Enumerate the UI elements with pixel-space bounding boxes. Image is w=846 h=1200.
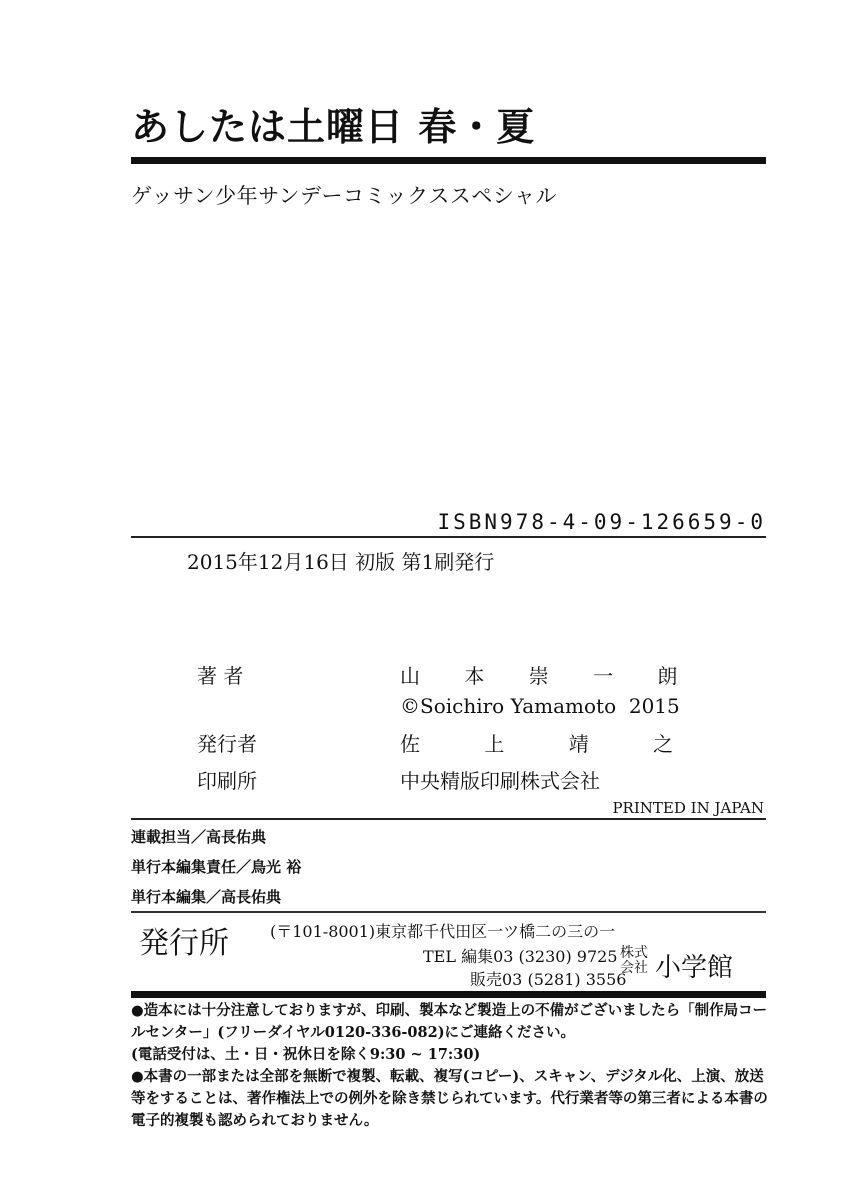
notice-phone-hours: (電話受付は、土・日・祝休日を除く9:30 ~ 17:30) xyxy=(131,1044,771,1066)
credit-value-publisher: 佐 上 靖 之 xyxy=(400,728,702,757)
publisher-name: 小学館 xyxy=(655,947,733,984)
title-divider xyxy=(131,157,766,164)
copyright-notice: ©Soichiro Yamamoto 2015 xyxy=(400,694,680,718)
notice-copyright: ●本書の一部または全部を無断で複製、転載、複写(コピー)、スキャン、デジタル化、… xyxy=(131,1066,771,1132)
publisher-tel-sales: 販売03 (5281) 3556 xyxy=(470,967,626,990)
publisher-tel-editorial: TEL 編集03 (3230) 9725 xyxy=(423,944,618,967)
credit-label-author: 著 者 xyxy=(197,660,243,689)
publication-date: 2015年12月16日 初版 第1刷発行 xyxy=(187,546,494,575)
credits-divider xyxy=(131,818,766,820)
printed-in-japan: PRINTED IN JAPAN xyxy=(612,799,764,817)
company-type: 株式会社 xyxy=(620,946,650,976)
staff-line: 連載担当／高長佑典 xyxy=(131,826,266,847)
publisher-label: 発行所 xyxy=(139,918,229,962)
credit-label-printer: 印刷所 xyxy=(197,765,257,794)
isbn-divider xyxy=(131,536,766,538)
notice-divider xyxy=(131,991,766,998)
series-name: ゲッサン少年サンデーコミックススペシャル xyxy=(131,180,557,210)
credit-label-publisher: 発行者 xyxy=(197,728,257,757)
isbn: ISBN978-4-09-126659-0 xyxy=(437,510,766,534)
publisher-divider xyxy=(131,911,766,913)
notice-defects: ●造本には十分注意しておりますが、印刷、製本など製造上の不備がございましたら「制… xyxy=(131,1000,771,1044)
staff-line: 単行本編集／高長佑典 xyxy=(131,886,281,907)
publisher-address: (〒101-8001)東京都千代田区一ツ橋二の三の一 xyxy=(270,919,615,942)
staff-line: 単行本編集責任／鳥光 裕 xyxy=(131,856,301,877)
credit-value-printer: 中央精版印刷株式会社 xyxy=(400,765,600,794)
book-title: あしたは土曜日 春・夏 xyxy=(131,96,535,151)
credit-value-author: 山 本 崇 一 朗 xyxy=(400,660,696,689)
